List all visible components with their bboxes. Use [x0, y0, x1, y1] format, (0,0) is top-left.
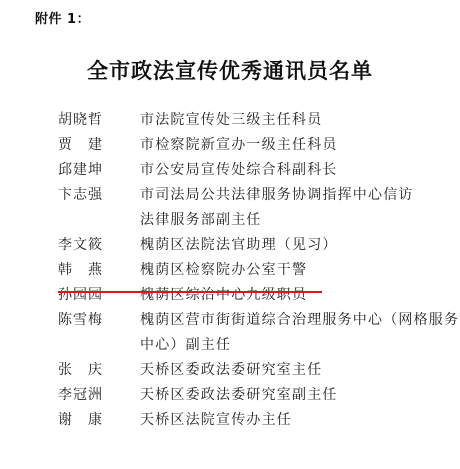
document-title: 全市政法宣传优秀通讯员名单 — [0, 55, 460, 85]
position-line: 天桥区委政法委研究室副主任 — [140, 383, 458, 408]
position-line: 槐荫区法院法官助理（见习） — [140, 233, 458, 258]
person-name: 谢 康 — [58, 408, 140, 433]
person-name: 李冠洲 — [58, 383, 140, 408]
red-highlight-underline — [58, 291, 322, 293]
list-item: 李冠洲 天桥区委政法委研究室副主任 — [58, 383, 458, 408]
person-position: 市法院宣传处三级主任科员 — [140, 108, 458, 133]
list-item: 贾 建 市检察院新宣办一级主任科员 — [58, 133, 458, 158]
person-name: 韩 燕 — [58, 258, 140, 283]
person-position: 槐荫区检察院办公室干警 — [140, 258, 458, 283]
list-item: 胡晓哲 市法院宣传处三级主任科员 — [58, 108, 458, 133]
position-line: 天桥区委政法委研究室主任 — [140, 358, 458, 383]
attachment-label: 附件 1： — [35, 8, 90, 27]
list-item-highlighted: 韩 燕 槐荫区检察院办公室干警 — [58, 258, 458, 283]
person-position: 市司法局公共法律服务协调指挥中心信访 法律服务部副主任 — [140, 183, 458, 233]
position-line: 市公安局宣传处综合科副科长 — [140, 158, 458, 183]
list-item: 张 庆 天桥区委政法委研究室主任 — [58, 358, 458, 383]
position-line: 槐荫区综治中心九级职员 — [140, 283, 458, 308]
person-position: 槐荫区综治中心九级职员 — [140, 283, 458, 308]
list-item: 卞志强 市司法局公共法律服务协调指挥中心信访 法律服务部副主任 — [58, 183, 458, 233]
position-line: 天桥区法院宣传办主任 — [140, 408, 458, 433]
person-position: 天桥区委政法委研究室主任 — [140, 358, 458, 383]
honoree-list: 胡晓哲 市法院宣传处三级主任科员 贾 建 市检察院新宣办一级主任科员 邱建坤 市… — [58, 108, 458, 433]
person-position: 天桥区委政法委研究室副主任 — [140, 383, 458, 408]
person-name: 孙园园 — [58, 283, 140, 308]
person-name: 卞志强 — [58, 183, 140, 208]
person-position: 槐荫区营市街街道综合治理服务中心（网格服务 中心）副主任 — [140, 308, 459, 358]
person-position: 天桥区法院宣传办主任 — [140, 408, 458, 433]
person-name: 邱建坤 — [58, 158, 140, 183]
position-line: 市检察院新宣办一级主任科员 — [140, 133, 458, 158]
person-position: 市公安局宣传处综合科副科长 — [140, 158, 458, 183]
position-line: 槐荫区检察院办公室干警 — [140, 258, 458, 283]
list-item: 孙园园 槐荫区综治中心九级职员 — [58, 283, 458, 308]
list-item: 谢 康 天桥区法院宣传办主任 — [58, 408, 458, 433]
person-name: 贾 建 — [58, 133, 140, 158]
person-position: 市检察院新宣办一级主任科员 — [140, 133, 458, 158]
position-line: 槐荫区营市街街道综合治理服务中心（网格服务 — [140, 308, 459, 333]
position-line: 法律服务部副主任 — [140, 208, 458, 233]
position-line: 中心）副主任 — [140, 333, 459, 358]
position-line: 市司法局公共法律服务协调指挥中心信访 — [140, 183, 458, 208]
person-name: 胡晓哲 — [58, 108, 140, 133]
list-item: 陈雪梅 槐荫区营市街街道综合治理服务中心（网格服务 中心）副主任 — [58, 308, 458, 358]
list-item: 邱建坤 市公安局宣传处综合科副科长 — [58, 158, 458, 183]
list-item: 李文筱 槐荫区法院法官助理（见习） — [58, 233, 458, 258]
person-name: 李文筱 — [58, 233, 140, 258]
position-line: 市法院宣传处三级主任科员 — [140, 108, 458, 133]
person-name: 陈雪梅 — [58, 308, 140, 333]
person-position: 槐荫区法院法官助理（见习） — [140, 233, 458, 258]
person-name: 张 庆 — [58, 358, 140, 383]
